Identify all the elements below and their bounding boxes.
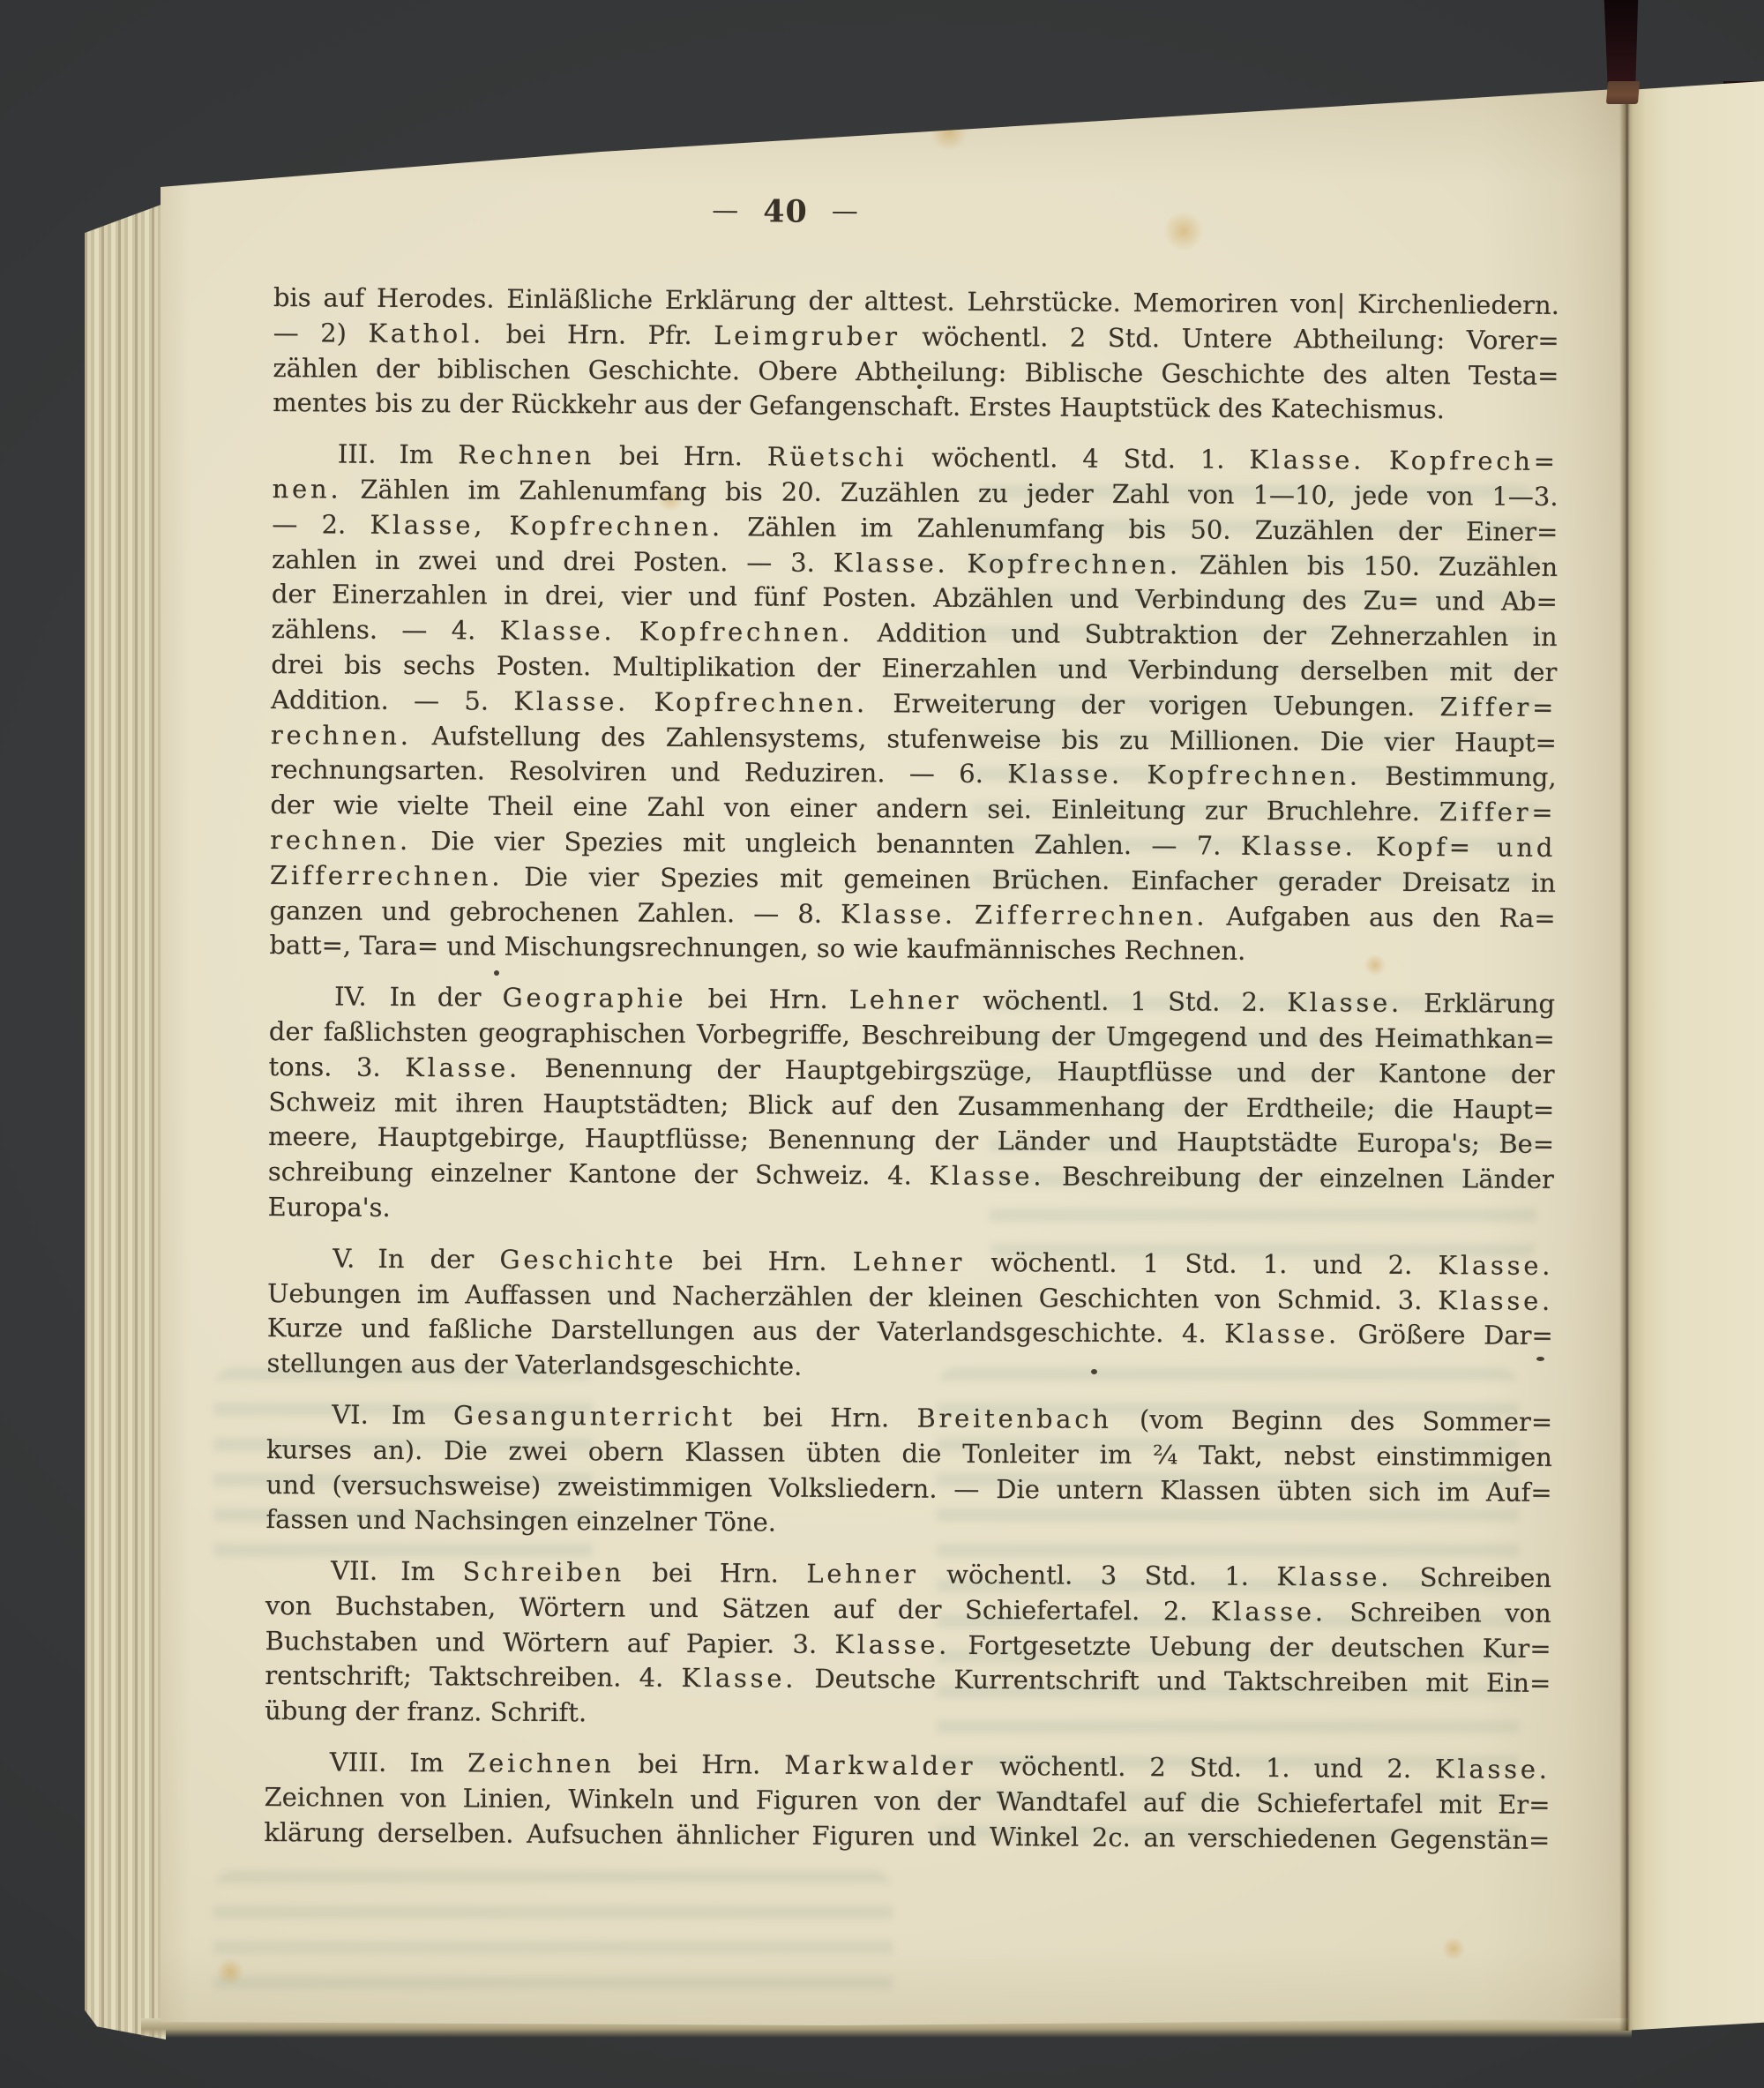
paragraph: IV.In der Geographie bei Hrn. Lehner wöc… — [267, 979, 1555, 1232]
page-number-row: —40— — [273, 191, 1297, 233]
bookmark-ribbon-tip — [1606, 81, 1640, 104]
paragraph: VI.Im Gesangunterricht bei Hrn. Breitenb… — [265, 1397, 1552, 1545]
page-number-dash-left: — — [712, 195, 739, 226]
scanned-left-page: —40— bis auf Herodes. Einläßliche Erklär… — [161, 88, 1630, 2025]
page-number-dash-right: — — [832, 196, 859, 227]
paragraph: VII.Im Schreiben bei Hrn. Lehner wöchent… — [265, 1553, 1551, 1737]
printed-content: —40— bis auf Herodes. Einläßliche Erklär… — [150, 87, 1631, 2033]
paragraph: III.Im Rechnen bei Hrn. Rüetschi wöchent… — [269, 437, 1558, 971]
text-line: batt=, Tara= und Mischungsrechnungen, so… — [269, 928, 1555, 971]
paragraph: VIII.Im Zeichnen bei Hrn. Markwalder wöc… — [264, 1745, 1551, 1858]
text-block: bis auf Herodes. Einläßliche Erklärung d… — [264, 281, 1559, 1858]
text-line: mentes bis zu der Rückkehr aus der Gefan… — [273, 385, 1558, 429]
text-line: klärung derselben. Aufsuchen ähnlicher F… — [264, 1815, 1550, 1859]
page-number: 40 — [763, 193, 808, 229]
facing-page — [1628, 81, 1764, 2034]
page-stack-fore-edge — [85, 203, 166, 2039]
paragraph: V.In der Geschichte bei Hrn. Lehner wöch… — [266, 1241, 1553, 1389]
gutter-crease — [1619, 83, 1633, 2031]
paragraph: bis auf Herodes. Einläßliche Erklärung d… — [273, 281, 1559, 429]
